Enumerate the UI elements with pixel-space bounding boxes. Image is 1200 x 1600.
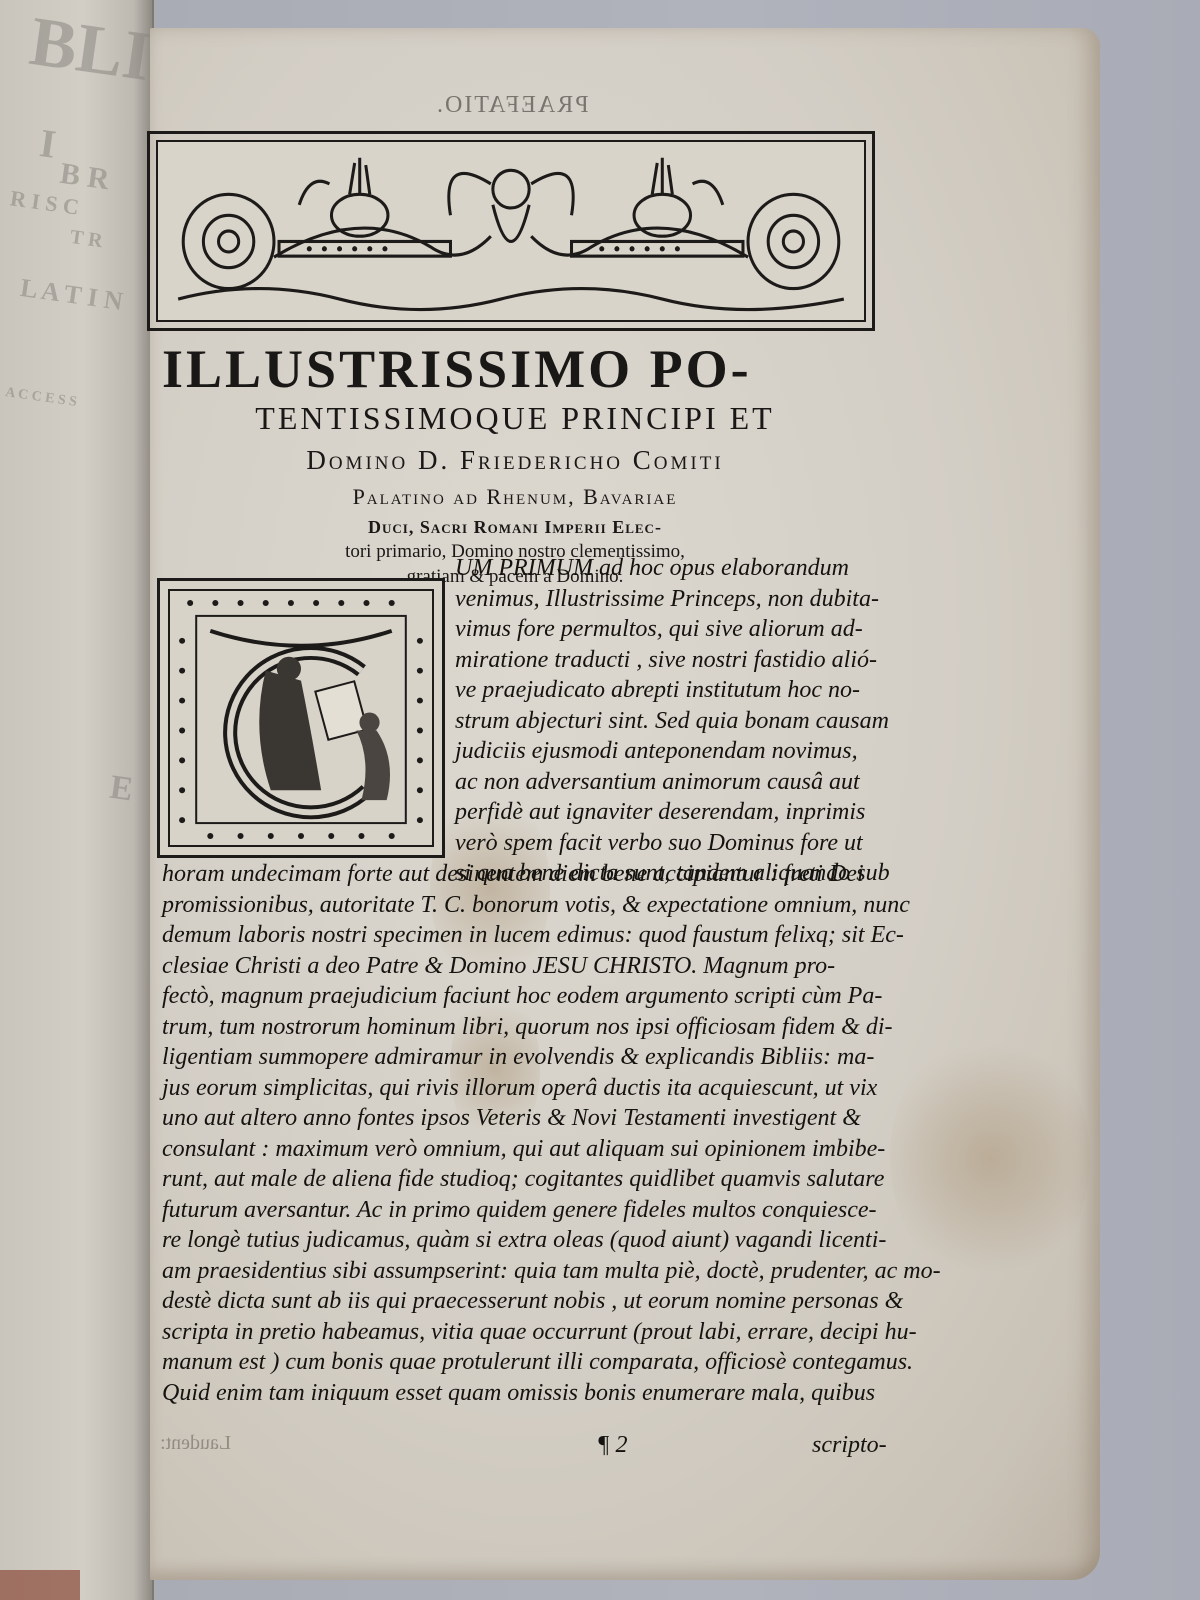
text-line: judiciis ejusmodi anteponendam novimus, bbox=[455, 736, 890, 767]
title-line-3: Domino D. Friedericho Comiti bbox=[155, 445, 875, 476]
text-line: strum abjecturi sint. Sed quia bonam cau… bbox=[455, 706, 890, 737]
text-line: vimus fore permultos, qui sive aliorum a… bbox=[455, 614, 890, 645]
text-line: ve praejudicato abrepti institutum hoc n… bbox=[455, 675, 890, 706]
title-line-2: TENTISSIMOQUE PRINCIPI ET bbox=[155, 400, 875, 437]
text-line: UM PRIMUM ad hoc opus elaborandum bbox=[455, 553, 890, 584]
text-line: demum laboris nostri specimen in lucem e… bbox=[162, 920, 941, 951]
text-line: consulant : maximum verò omnium, qui aut… bbox=[162, 1134, 941, 1165]
catchword: scripto- bbox=[812, 1432, 887, 1459]
text-line: Quid enim tam iniquum esset quam omissis… bbox=[162, 1378, 941, 1409]
woodcut-headpiece bbox=[147, 131, 875, 331]
text-line: runt, aut male de aliena fide studioq; c… bbox=[162, 1164, 941, 1195]
initial-c-woodcut-icon bbox=[170, 591, 432, 845]
text-line: futurum aversantur. Ac in primo quidem g… bbox=[162, 1195, 941, 1226]
text-line: clesiae Christi a deo Patre & Domino JES… bbox=[162, 951, 941, 982]
text-line: ligentiam summopere admiramur in evolven… bbox=[162, 1042, 941, 1073]
bleed-through-text: Laudent: bbox=[160, 1432, 231, 1455]
text-line: miratione traducti , sive nostri fastidi… bbox=[455, 645, 890, 676]
historiated-initial bbox=[157, 578, 445, 858]
text-line: promissionibus, autoritate T. C. bonorum… bbox=[162, 890, 941, 921]
opening-paragraph-narrow: UM PRIMUM ad hoc opus elaborandum venimu… bbox=[455, 553, 890, 889]
text-line: manum est ) cum bonis quae protulerunt i… bbox=[162, 1347, 941, 1378]
text-line: re longè tutius judicamus, quàm si extra… bbox=[162, 1225, 941, 1256]
left-page-edge: BLI I B R R I S C T R L A T I N A C C E … bbox=[0, 0, 154, 1600]
text-line: destè dicta sunt ab iis qui praecesserun… bbox=[162, 1286, 941, 1317]
text-line: ac non adversantium animorum causâ aut bbox=[455, 767, 890, 798]
text-line: venimus, Illustrissime Princeps, non dub… bbox=[455, 584, 890, 615]
signature-mark: ¶ 2 bbox=[597, 1432, 628, 1459]
ghost-letters: A C C E S S bbox=[4, 385, 77, 411]
text-line: jus eorum simplicitas, qui rivis illorum… bbox=[162, 1073, 941, 1104]
text-line: uno aut altero anno fontes ipsos Veteris… bbox=[162, 1103, 941, 1134]
text-line: fectò, magnum praejudicium faciunt hoc e… bbox=[162, 981, 941, 1012]
text-line: verò spem facit verbo suo Dominus fore u… bbox=[455, 828, 890, 859]
text-line: scripta in pretio habeamus, vitia quae o… bbox=[162, 1317, 941, 1348]
ghost-letters: BLI bbox=[25, 2, 156, 98]
title-line-4: Palatino ad Rhenum, Bavariae bbox=[155, 484, 875, 510]
title-line-5: Duci, Sacri Romani Imperii Elec- bbox=[155, 517, 875, 538]
text-line: trum, tum nostrorum hominum libri, quoru… bbox=[162, 1012, 941, 1043]
ghost-letters: T R bbox=[69, 226, 104, 253]
title-line-1: ILLUSTRISSIMO PO- bbox=[162, 338, 882, 400]
text-line: am praesidentius sibi assumpserint: quia… bbox=[162, 1256, 941, 1287]
ornament-scroll-icon bbox=[158, 142, 864, 320]
ghost-letters: L A T I N bbox=[18, 273, 124, 317]
ghost-letters: E bbox=[107, 769, 135, 810]
ghost-letters: B R bbox=[58, 157, 111, 198]
text-line: horam undecimam forte aut desinentem die… bbox=[162, 859, 941, 890]
body-paragraph-wide: horam undecimam forte aut desinentem die… bbox=[162, 859, 941, 1408]
text-line: perfidè aut ignaviter deserendam, inprim… bbox=[455, 797, 890, 828]
running-head: PRAEFATIO. bbox=[435, 92, 589, 119]
binding-edge bbox=[0, 1570, 80, 1600]
ghost-letters: I bbox=[37, 119, 59, 168]
